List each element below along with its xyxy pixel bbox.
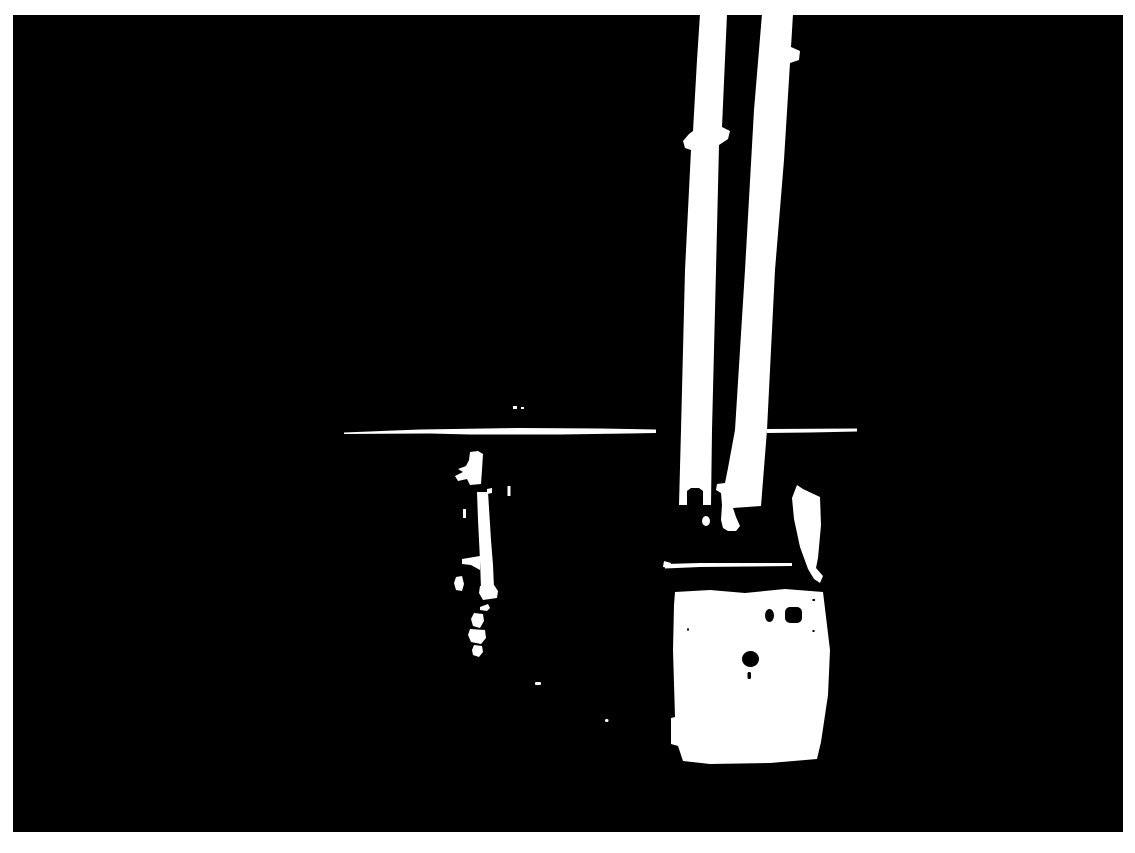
box-speck-hole-2 — [813, 599, 816, 601]
box-center-tick — [748, 672, 752, 679]
box-port-rect — [785, 607, 802, 623]
box-center-hole — [742, 651, 759, 667]
binary-mask-figure — [0, 0, 1135, 853]
binary-mask-svg — [0, 0, 1135, 853]
floor-dot — [605, 719, 609, 722]
box-knob-round — [765, 609, 774, 622]
speck-above-line-2 — [521, 407, 524, 409]
rod-stand-speck — [487, 488, 492, 494]
box-speck-hole-1 — [687, 629, 689, 631]
rod-stand-tick-right — [508, 486, 511, 496]
box-speck-hole-3 — [813, 630, 815, 632]
speck-above-line-1 — [513, 406, 517, 409]
photo-area — [13, 15, 1123, 832]
rod-stand-foot — [479, 585, 498, 600]
between-pipes-dot — [702, 516, 710, 526]
rod-stand-dash-left — [463, 509, 466, 518]
screenshot-root — [0, 0, 1135, 853]
floor-dash — [535, 682, 541, 685]
